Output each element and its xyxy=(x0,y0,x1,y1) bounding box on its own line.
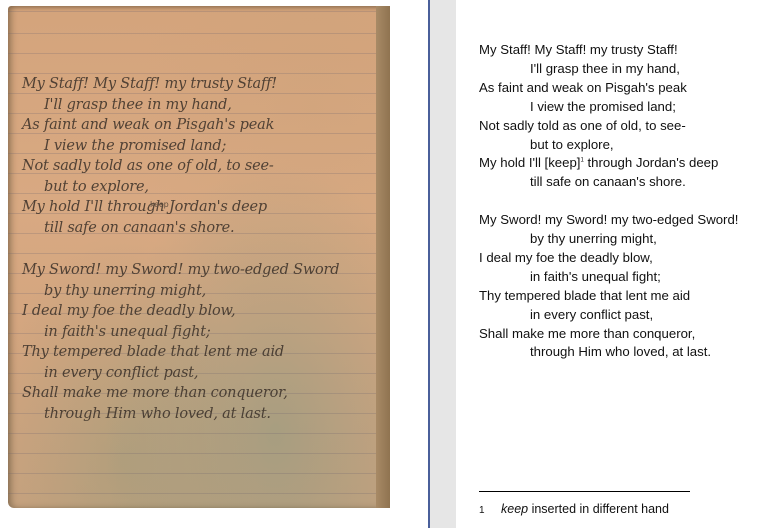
poem-line: till safe on canaan's shore. xyxy=(479,173,738,192)
hw-line: through Him who loved, at last. xyxy=(22,404,382,425)
footnote-keyword: keep xyxy=(501,502,528,516)
poem-text: My hold I'll [keep] xyxy=(479,155,580,170)
hw-line: Thy tempered blade that lent me aid xyxy=(22,342,382,363)
poem-line: Thy tempered blade that lent me aid xyxy=(479,287,738,306)
poem-line: My hold I'll [keep]1 through Jordan's de… xyxy=(479,154,738,173)
poem-line: My Staff! My Staff! my trusty Staff! xyxy=(479,41,738,60)
page-divider xyxy=(428,0,456,528)
hw-line: Shall make me more than conqueror, xyxy=(22,383,382,404)
poem-line: I'll grasp thee in my hand, xyxy=(479,60,738,79)
manuscript-scan: My Staff! My Staff! my trusty Staff! I'l… xyxy=(0,0,428,528)
poem-line: but to explore, xyxy=(479,136,738,155)
footnote-text: inserted in different hand xyxy=(528,502,669,516)
footnote-number: 1 xyxy=(479,505,501,516)
handwritten-poem: My Staff! My Staff! my trusty Staff! I'l… xyxy=(22,74,382,424)
hw-line: My hold I'll through Jordan's deep xyxy=(22,197,382,218)
stanza-gap xyxy=(22,238,382,260)
poem-line: Shall make me more than conqueror, xyxy=(479,325,738,344)
hw-line: by thy unerring might, xyxy=(22,281,382,302)
poem-line: in faith's unequal fight; xyxy=(479,268,738,287)
poem-line: As faint and weak on Pisgah's peak xyxy=(479,79,738,98)
hw-line: till safe on canaan's shore. xyxy=(22,218,382,239)
footnote-separator xyxy=(479,491,690,492)
transcription-page: My Staff! My Staff! my trusty Staff! I'l… xyxy=(456,0,779,528)
hw-line: My Sword! my Sword! my two-edged Sword xyxy=(22,260,382,281)
poem-line: by thy unerring might, xyxy=(479,230,738,249)
poem-line: in every conflict past, xyxy=(479,306,738,325)
poem-line: I deal my foe the deadly blow, xyxy=(479,249,738,268)
poem-text: through Jordan's deep xyxy=(584,155,719,170)
poem-line: through Him who loved, at last. xyxy=(479,343,738,362)
transcribed-poem: My Staff! My Staff! my trusty Staff! I'l… xyxy=(479,41,738,362)
hw-line: I deal my foe the deadly blow, xyxy=(22,301,382,322)
stanza-gap xyxy=(479,192,738,211)
hw-line: but to explore, xyxy=(22,177,382,198)
hw-line: Not sadly told as one of old, to see- xyxy=(22,156,382,177)
hw-line: in faith's unequal fight; xyxy=(22,322,382,343)
hw-line: As faint and weak on Pisgah's peak xyxy=(22,115,382,136)
insertion-mark: keep xyxy=(150,195,168,216)
poem-line: My Sword! my Sword! my two-edged Sword! xyxy=(479,211,738,230)
poem-line: I view the promised land; xyxy=(479,98,738,117)
hw-line: I view the promised land; xyxy=(22,136,382,157)
poem-line: Not sadly told as one of old, to see- xyxy=(479,117,738,136)
hw-line: I'll grasp thee in my hand, xyxy=(22,95,382,116)
hw-line: in every conflict past, xyxy=(22,363,382,384)
hw-line: My Staff! My Staff! my trusty Staff! xyxy=(22,74,382,95)
footnote: 1keep inserted in different hand xyxy=(479,502,669,516)
